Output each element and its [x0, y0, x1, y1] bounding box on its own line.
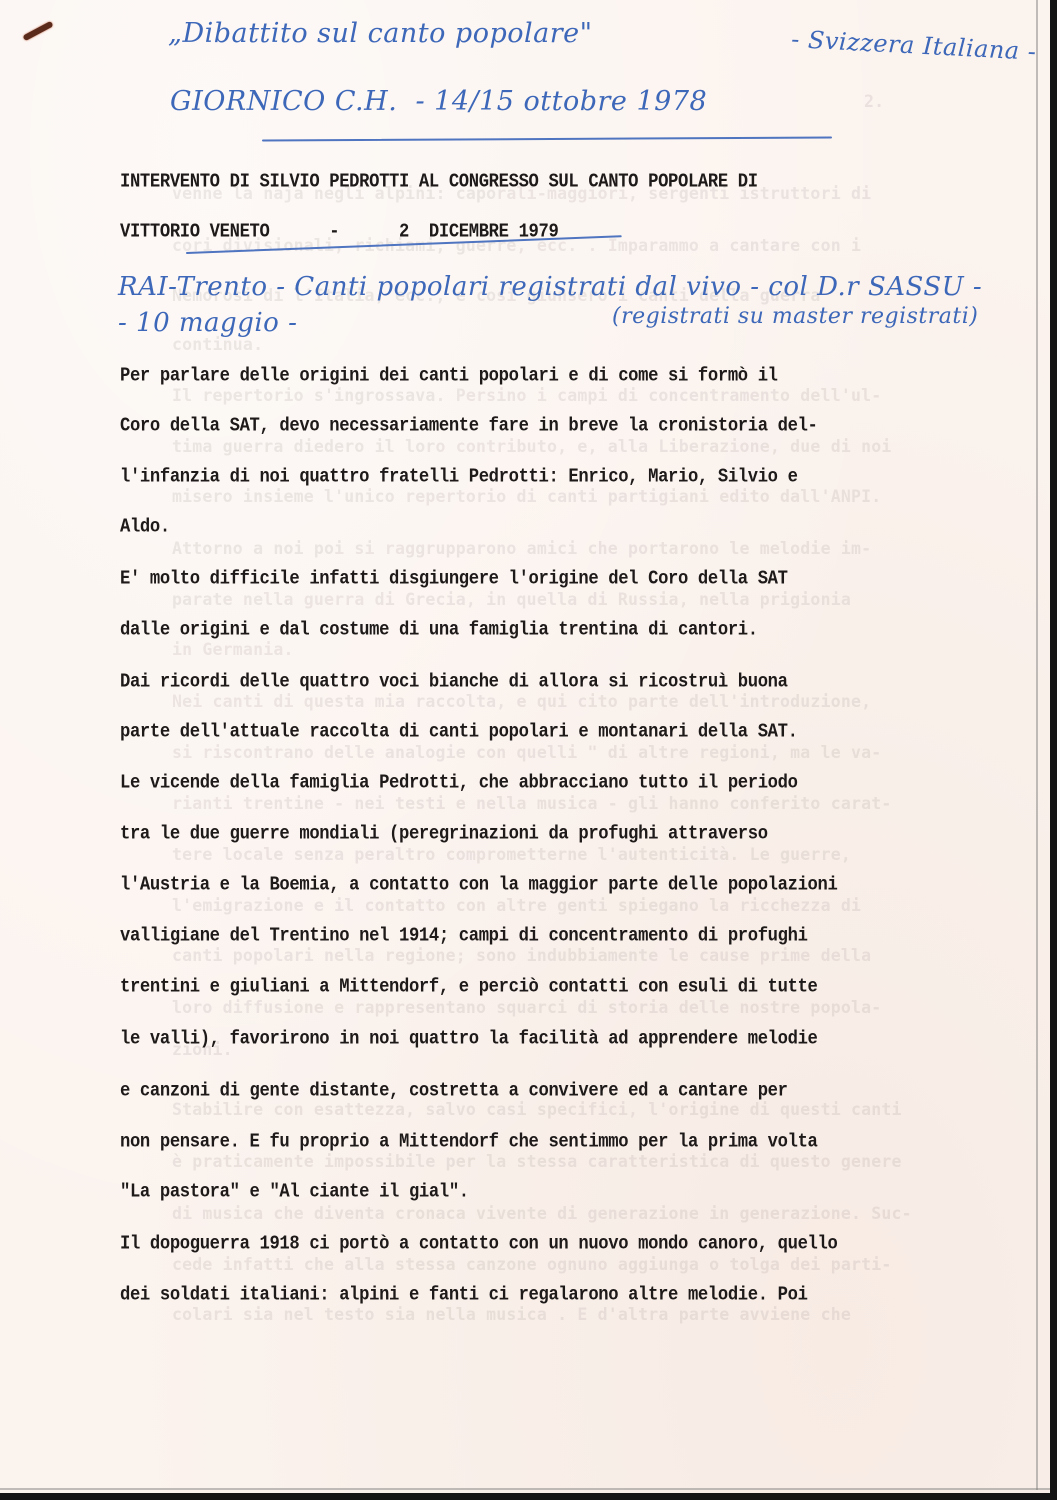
ink-mark [22, 21, 53, 41]
body-line: l'infanzia di noi quattro fratelli Pedro… [120, 467, 798, 488]
bleed-line: tima guerra diedero il loro contributo, … [172, 437, 892, 456]
bleed-line: Il repertorio s'ingrossava. Persino i ca… [172, 386, 881, 405]
bleed-line: è praticamente impossibile per la stessa… [172, 1152, 902, 1171]
handwritten-underline [262, 137, 832, 142]
body-line: valligiane del Trentino nel 1914; campi … [120, 926, 808, 947]
handwritten-date: GIORNICO C.H. - 14/15 ottobre 1978 [170, 86, 707, 117]
bleed-line: cede infatti che alla stessa canzone ogn… [172, 1255, 892, 1274]
body-line: dei soldati italiani: alpini e fanti ci … [120, 1285, 808, 1306]
bleed-line: si riscontrano delle analogie con quelli… [172, 743, 881, 762]
document-page: 2. venne la naja negli alpini: caporali-… [0, 0, 1050, 1493]
bleed-line: tere locale senza peraltro compromettern… [172, 845, 851, 864]
body-line: non pensare. E fu proprio a Mittendorf c… [120, 1132, 818, 1153]
handwritten-note: - 10 maggio - [118, 308, 297, 338]
bleed-line: canti popolari nella regione; sono indub… [172, 946, 871, 965]
bleed-line: l'emigrazione e il contatto con altre ge… [172, 896, 861, 915]
body-line: "La pastora" e "Al ciante il gial". [120, 1182, 469, 1203]
bleed-page-number: 2. [864, 92, 884, 111]
handwritten-note: (registrati su master registrati) [612, 304, 978, 329]
body-line: le valli), favorirono in noi quattro la … [120, 1029, 818, 1050]
bleed-line: misero insieme l'unico repertorio di can… [172, 487, 881, 506]
body-line: Per parlare delle origini dei canti popo… [120, 366, 778, 387]
body-line: tra le due guerre mondiali (peregrinazio… [120, 824, 768, 845]
bleed-line: in Germania. [172, 640, 294, 659]
body-line: e canzoni di gente distante, costretta a… [120, 1081, 788, 1102]
bleed-line: Stabilire con esattezza, salvo casi spec… [172, 1100, 902, 1119]
bleed-line: Nei canti di questa mia raccolta, e qui … [172, 692, 871, 711]
handwritten-location: - Svizzera Italiana - [791, 25, 1038, 66]
body-line: parte dell'attuale raccolta di canti pop… [120, 722, 798, 743]
body-line: Le vicende della famiglia Pedrotti, che … [120, 773, 798, 794]
bleed-line: di musica che diventa cronaca vivente di… [172, 1204, 912, 1223]
body-line: Dai ricordi delle quattro voci bianche d… [120, 672, 788, 693]
handwritten-note: RAI-Trento - Canti popolari registrati d… [118, 272, 982, 302]
body-line: E' molto difficile infatti disgiungere l… [120, 569, 788, 590]
bleed-line: Attorno a noi poi si raggrupparono amici… [172, 539, 871, 558]
body-line: trentini e giuliani a Mittendorf, e perc… [120, 977, 818, 998]
paper-edge-bottom [0, 1488, 1050, 1490]
body-line: dalle origini e dal costume di una famig… [120, 620, 758, 641]
heading-line-1: INTERVENTO DI SILVIO PEDROTTI AL CONGRES… [120, 172, 758, 193]
bleed-line: parate nella guerra di Grecia, in quella… [172, 590, 851, 609]
body-line: Il dopoguerra 1918 ci portò a contatto c… [120, 1234, 837, 1255]
handwritten-title: „Dibattito sul canto popolare" [168, 18, 593, 49]
body-line: Aldo. [120, 517, 170, 538]
paper-edge-right [1036, 0, 1038, 1490]
bleed-line: loro diffusione e rappresentano squarci … [172, 998, 881, 1017]
body-line: Coro della SAT, devo necessariamente far… [120, 416, 818, 437]
bleed-line: colari sia nel testo sia nella musica . … [172, 1305, 851, 1324]
body-line: l'Austria e la Boemia, a contatto con la… [120, 875, 837, 896]
bleed-line: rianti trentine - nei testi e nella musi… [172, 794, 892, 813]
